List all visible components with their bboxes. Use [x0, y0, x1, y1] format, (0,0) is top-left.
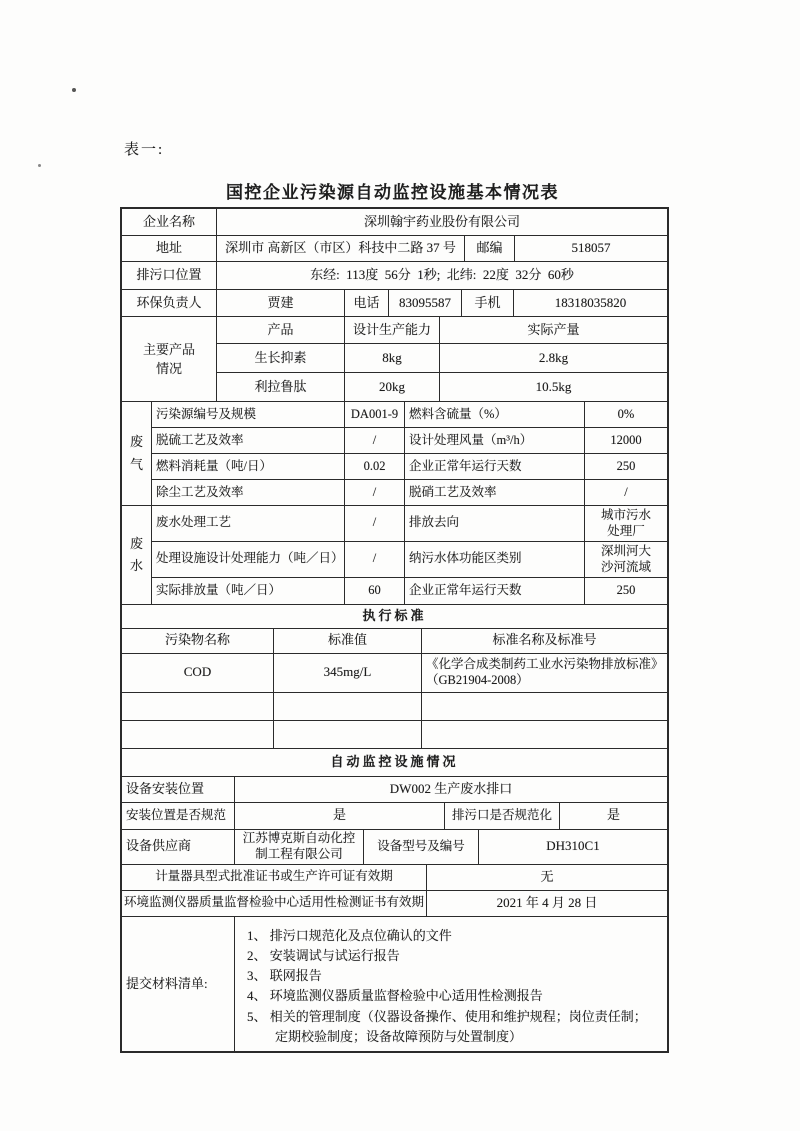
- waste-water-value-1: /: [345, 506, 405, 541]
- waste-water-label-2: 企业正常年运行天数: [405, 578, 585, 604]
- pollutant-name-col-header: 污染物名称: [122, 629, 274, 653]
- standard-value-col-header: 标准值: [274, 629, 422, 653]
- product-design-capacity: 20kg: [345, 373, 440, 401]
- waste-gas-label-2: 设计处理风量（m³/h）: [405, 428, 585, 453]
- install-location-value: DW002 生产废水排口: [235, 777, 667, 802]
- waste-gas-value-1: /: [345, 428, 405, 453]
- standards-section-title: 执行标准: [122, 605, 667, 628]
- waste-gas-label-2: 企业正常年运行天数: [405, 454, 585, 479]
- materials-row: 提交材料清单: 1、 排污口规范化及点位确认的文件 2、 安装调试与试运行报告 …: [122, 917, 667, 1052]
- cert-row: 环境监测仪器质量监督检验中心适用性检测证书有效期 2021 年 4 月 28 日: [122, 891, 667, 917]
- waste-water-value-2-text: 深圳河大沙河流域: [599, 543, 653, 576]
- materials-list-item: 1、 排污口规范化及点位确认的文件: [247, 926, 657, 946]
- waste-water-value-2-text: 城市污水处理厂: [599, 507, 653, 540]
- products-section-label: 主要产品情况: [122, 317, 217, 401]
- outlet-standard-label: 排污口是否规范化: [445, 803, 560, 829]
- waste-gas-value-2: /: [585, 480, 667, 505]
- outlet-standard-value: 是: [560, 803, 667, 829]
- product-actual-output: 10.5kg: [440, 373, 667, 401]
- cert-label: 环境监测仪器质量监督检验中心适用性检测证书有效期: [122, 891, 427, 916]
- waste-water-value-1: /: [345, 542, 405, 577]
- waste-gas-value-2: 250: [585, 454, 667, 479]
- supplier-value: 江苏博克斯自动化控制工程有限公司: [235, 830, 364, 864]
- waste-water-row: 实际排放量（吨／日） 60 企业正常年运行天数 250: [152, 578, 667, 604]
- standard-name-col-header: 标准名称及标准号: [422, 629, 667, 653]
- waste-water-section-label: 废水: [122, 506, 152, 604]
- install-standard-label: 安装位置是否规范: [122, 803, 235, 829]
- waste-gas-section-label-text: 废气: [129, 431, 144, 475]
- waste-water-label-2: 排放去向: [405, 506, 585, 541]
- main-table: 企业名称 深圳翰宇药业股份有限公司 地址 深圳市 高新区（市区）科技中二路 37…: [120, 207, 669, 1053]
- scanned-document-page: 表一: 国控企业污染源自动监控设施基本情况表 企业名称 深圳翰宇药业股份有限公司…: [0, 0, 800, 1131]
- waste-gas-row: 除尘工艺及效率 / 脱硝工艺及效率 /: [152, 480, 667, 505]
- design-capacity-col-header: 设计生产能力: [345, 317, 440, 343]
- waste-gas-label-1: 除尘工艺及效率: [152, 480, 345, 505]
- waste-gas-row: 污染源编号及规模 DA001-9 燃料含硫量（%） 0%: [152, 402, 667, 428]
- mobile-label: 手机: [462, 290, 514, 316]
- standards-column-header-row: 污染物名称 标准值 标准名称及标准号: [122, 629, 667, 654]
- waste-water-label-1: 实际排放量（吨／日）: [152, 578, 345, 604]
- waste-water-label-1: 处理设施设计处理能力（吨／日）: [152, 542, 345, 577]
- model-value: DH310C1: [479, 830, 667, 864]
- waste-water-value-1: 60: [345, 578, 405, 604]
- address-value: 深圳市 高新区（市区）科技中二路 37 号: [217, 236, 465, 261]
- waste-water-section: 废水 废水处理工艺 / 排放去向 城市污水处理厂 处理设施设计处理能力（吨／日）…: [122, 506, 667, 605]
- outlet-position-label: 排污口位置: [122, 262, 217, 289]
- products-header-row: 产品 设计生产能力 实际产量: [217, 317, 667, 344]
- waste-water-value-2: 深圳河大沙河流域: [585, 542, 667, 577]
- materials-list-item: 4、 环境监测仪器质量监督检验中心适用性检测报告: [247, 986, 657, 1006]
- products-section: 主要产品情况 产品 设计生产能力 实际产量 生长抑素 8kg 2.8kg 利拉鲁…: [122, 317, 667, 402]
- postcode-label: 邮编: [465, 236, 515, 261]
- mobile-value: 18318035820: [514, 290, 667, 316]
- waste-water-row: 处理设施设计处理能力（吨／日） / 纳污水体功能区类别 深圳河大沙河流域: [152, 542, 667, 578]
- waste-gas-label-1: 污染源编号及规模: [152, 402, 345, 427]
- supplier-row: 设备供应商 江苏博克斯自动化控制工程有限公司 设备型号及编号 DH310C1: [122, 830, 667, 865]
- pollutant-name: COD: [122, 654, 274, 692]
- waste-gas-label-2: 燃料含硫量（%）: [405, 402, 585, 427]
- outlet-position-row: 排污口位置 东经: 113度 56分 1秒; 北纬: 22度 32分 60秒: [122, 262, 667, 290]
- products-subtable: 产品 设计生产能力 实际产量 生长抑素 8kg 2.8kg 利拉鲁肽 20kg …: [217, 317, 667, 401]
- waste-gas-label-1: 脱硫工艺及效率: [152, 428, 345, 453]
- standards-empty-row: [122, 721, 667, 749]
- cert-value: 2021 年 4 月 28 日: [427, 891, 667, 916]
- waste-gas-row: 脱硫工艺及效率 / 设计处理风量（m³/h） 12000: [152, 428, 667, 454]
- officer-value: 贾建: [217, 290, 345, 316]
- product-col-header: 产品: [217, 317, 345, 343]
- actual-output-col-header: 实际产量: [440, 317, 667, 343]
- standard-value: [274, 693, 422, 720]
- phone-label: 电话: [345, 290, 389, 316]
- waste-gas-value-1: 0.02: [345, 454, 405, 479]
- waste-gas-value-2: 0%: [585, 402, 667, 427]
- license-label: 计量器具型式批准证书或生产许可证有效期: [122, 865, 427, 890]
- install-location-label: 设备安装位置: [122, 777, 235, 802]
- officer-label: 环保负责人: [122, 290, 217, 316]
- monitoring-section-title: 自动监控设施情况: [122, 749, 667, 776]
- waste-water-value-2: 250: [585, 578, 667, 604]
- waste-gas-section: 废气 污染源编号及规模 DA001-9 燃料含硫量（%） 0% 脱硫工艺及效率 …: [122, 402, 667, 506]
- waste-water-section-label-text: 废水: [129, 533, 144, 577]
- standards-data-row: COD 345mg/L 《化学合成类制药工业水污染物排放标准》（GB21904-…: [122, 654, 667, 693]
- standard-value: [274, 721, 422, 748]
- waste-water-label-1: 废水处理工艺: [152, 506, 345, 541]
- standards-empty-row: [122, 693, 667, 721]
- phone-value: 83095587: [389, 290, 462, 316]
- waste-water-value-2: 城市污水处理厂: [585, 506, 667, 541]
- install-standard-row: 安装位置是否规范 是 排污口是否规范化 是: [122, 803, 667, 830]
- model-label: 设备型号及编号: [364, 830, 479, 864]
- company-name-label: 企业名称: [122, 209, 217, 235]
- waste-water-subtable: 废水处理工艺 / 排放去向 城市污水处理厂 处理设施设计处理能力（吨／日） / …: [152, 506, 667, 604]
- waste-gas-subtable: 污染源编号及规模 DA001-9 燃料含硫量（%） 0% 脱硫工艺及效率 / 设…: [152, 402, 667, 505]
- officer-row: 环保负责人 贾建 电话 83095587 手机 18318035820: [122, 290, 667, 317]
- materials-list-item: 3、 联网报告: [247, 966, 657, 986]
- waste-gas-row: 燃料消耗量（吨/日） 0.02 企业正常年运行天数 250: [152, 454, 667, 480]
- install-location-row: 设备安装位置 DW002 生产废水排口: [122, 777, 667, 803]
- supplier-label: 设备供应商: [122, 830, 235, 864]
- product-design-capacity: 8kg: [345, 344, 440, 372]
- pollutant-name: [122, 721, 274, 748]
- standards-header-row: 执行标准: [122, 605, 667, 629]
- address-label: 地址: [122, 236, 217, 261]
- waste-water-row: 废水处理工艺 / 排放去向 城市污水处理厂: [152, 506, 667, 542]
- products-section-label-text: 主要产品情况: [142, 340, 197, 379]
- company-row: 企业名称 深圳翰宇药业股份有限公司: [122, 209, 667, 236]
- materials-list-item: 5、 相关的管理制度（仪器设备操作、使用和维护规程；岗位责任制；定期校验制度；设…: [247, 1007, 657, 1048]
- pollutant-name: [122, 693, 274, 720]
- standard-name: [422, 693, 667, 720]
- waste-gas-value-1: /: [345, 480, 405, 505]
- install-standard-value: 是: [235, 803, 445, 829]
- product-name: 生长抑素: [217, 344, 345, 372]
- materials-list-item: 2、 安装调试与试运行报告: [247, 946, 657, 966]
- materials-label: 提交材料清单:: [122, 917, 235, 1052]
- standard-name: 《化学合成类制药工业水污染物排放标准》（GB21904-2008）: [422, 654, 667, 692]
- scan-speck: [38, 164, 41, 167]
- postcode-value: 518057: [515, 236, 667, 261]
- standard-value: 345mg/L: [274, 654, 422, 692]
- scan-speck: [72, 88, 76, 92]
- outlet-position-value: 东经: 113度 56分 1秒; 北纬: 22度 32分 60秒: [217, 262, 667, 289]
- waste-gas-label-2: 脱硝工艺及效率: [405, 480, 585, 505]
- product-row: 生长抑素 8kg 2.8kg: [217, 344, 667, 373]
- standard-name: [422, 721, 667, 748]
- waste-gas-label-1: 燃料消耗量（吨/日）: [152, 454, 345, 479]
- waste-gas-section-label: 废气: [122, 402, 152, 505]
- monitoring-header-row: 自动监控设施情况: [122, 749, 667, 777]
- table-number-label: 表一:: [124, 138, 164, 159]
- company-name-value: 深圳翰宇药业股份有限公司: [217, 209, 667, 235]
- license-row: 计量器具型式批准证书或生产许可证有效期 无: [122, 865, 667, 891]
- address-row: 地址 深圳市 高新区（市区）科技中二路 37 号 邮编 518057: [122, 236, 667, 262]
- product-actual-output: 2.8kg: [440, 344, 667, 372]
- license-value: 无: [427, 865, 667, 890]
- materials-list: 1、 排污口规范化及点位确认的文件 2、 安装调试与试运行报告 3、 联网报告 …: [235, 917, 667, 1052]
- waste-water-label-2: 纳污水体功能区类别: [405, 542, 585, 577]
- product-row: 利拉鲁肽 20kg 10.5kg: [217, 373, 667, 401]
- waste-gas-value-1: DA001-9: [345, 402, 405, 427]
- document-title: 国控企业污染源自动监控设施基本情况表: [120, 178, 665, 203]
- waste-gas-value-2: 12000: [585, 428, 667, 453]
- product-name: 利拉鲁肽: [217, 373, 345, 401]
